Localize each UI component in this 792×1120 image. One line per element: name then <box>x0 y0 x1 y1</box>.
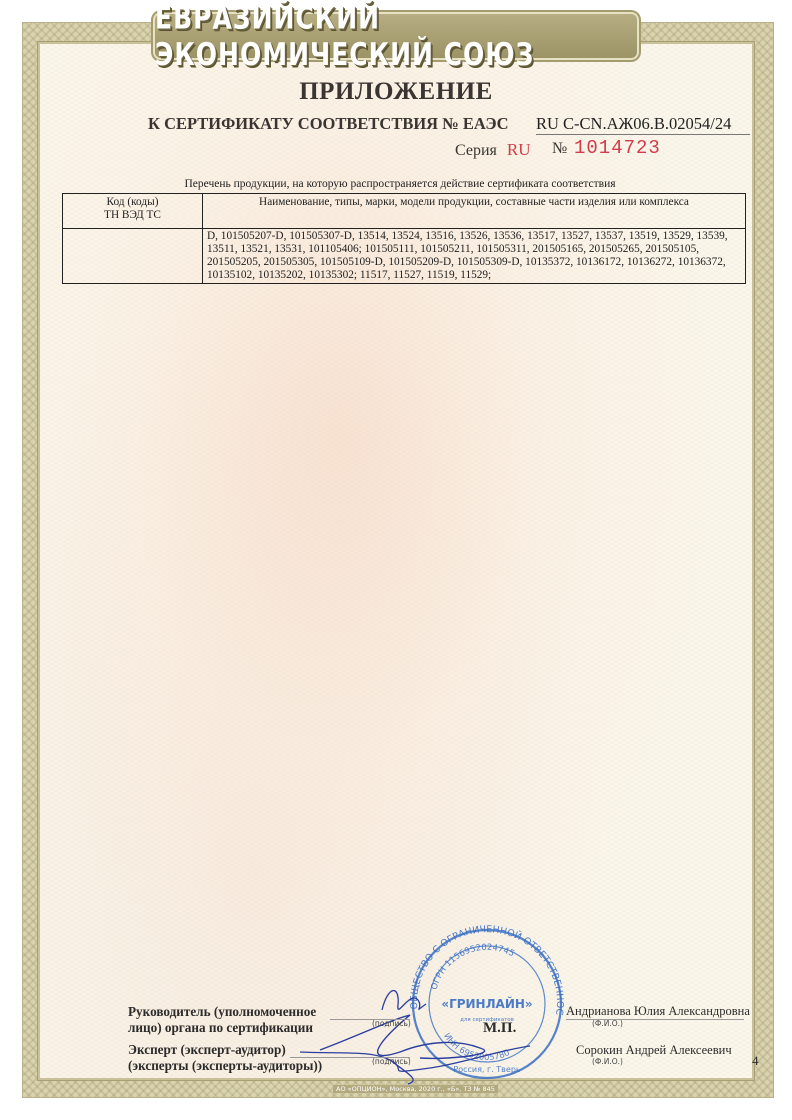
banner-text: ЕВРАЗИЙСКИЙ ЭКОНОМИЧЕСКИЙ СОЮЗ <box>155 0 637 72</box>
serial-number-label: № <box>552 140 567 158</box>
head-of-certification-label: Руководитель (уполномоченное лицо) орган… <box>128 1004 316 1036</box>
printer-imprint: АО «ОПЦИОН», Москва, 2020 г., «Б», ТЗ № … <box>333 1085 498 1093</box>
certificate-number: RU С-CN.АЖ06.В.02054/24 <box>536 114 750 135</box>
product-list-caption: Перечень продукции, на которую распростр… <box>0 178 792 190</box>
description-cell: D, 101505207-D, 101505307-D, 13514, 1352… <box>203 229 746 284</box>
series: Серия RU <box>455 140 531 160</box>
union-banner: ЕВРАЗИЙСКИЙ ЭКОНОМИЧЕСКИЙ СОЮЗ <box>155 14 637 58</box>
head-name: Андрианова Юлия Александровна <box>566 1004 750 1019</box>
expert-label: Эксперт (эксперт-аудитор) (эксперты (экс… <box>128 1042 322 1074</box>
series-label: Серия <box>455 142 497 159</box>
codes-cell <box>63 229 203 284</box>
certificate-label: К СЕРТИФИКАТУ СООТВЕТСТВИЯ № ЕАЭС <box>148 114 509 134</box>
series-value: RU <box>507 140 531 159</box>
expert-name: Сорокин Андрей Алексеевич <box>576 1043 732 1058</box>
column-header-description: Наименование, типы, марки, модели продук… <box>203 194 746 229</box>
page-title: ПРИЛОЖЕНИЕ <box>0 78 792 106</box>
page-number: 4 <box>752 1053 759 1069</box>
expert-label-line1: Эксперт (эксперт-аудитор) <box>128 1042 322 1058</box>
codes-header-line1: Код (коды) <box>107 196 159 208</box>
product-table: Код (коды) ТН ВЭД ТС Наименование, типы,… <box>62 193 746 284</box>
serial-number-value: 1014723 <box>574 137 661 159</box>
expert-label-line2: (эксперты (эксперты-аудиторы)) <box>128 1058 322 1074</box>
seal-placeholder: М.П. <box>483 1020 516 1037</box>
table-header-row: Код (коды) ТН ВЭД ТС Наименование, типы,… <box>63 194 746 229</box>
column-header-codes: Код (коды) ТН ВЭД ТС <box>63 194 203 229</box>
table-row: D, 101505207-D, 101505307-D, 13514, 1352… <box>63 229 746 284</box>
expert-signature-caption: (подпись) <box>372 1057 411 1066</box>
head-label-line1: Руководитель (уполномоченное <box>128 1004 316 1020</box>
head-signature-caption: (подпись) <box>372 1019 411 1028</box>
expert-fio-caption: (Ф.И.О.) <box>592 1057 623 1066</box>
head-label-line2: лицо) органа по сертификации <box>128 1020 316 1036</box>
codes-header-line2: ТН ВЭД ТС <box>104 209 161 221</box>
head-fio-caption: (Ф.И.О.) <box>592 1019 623 1028</box>
